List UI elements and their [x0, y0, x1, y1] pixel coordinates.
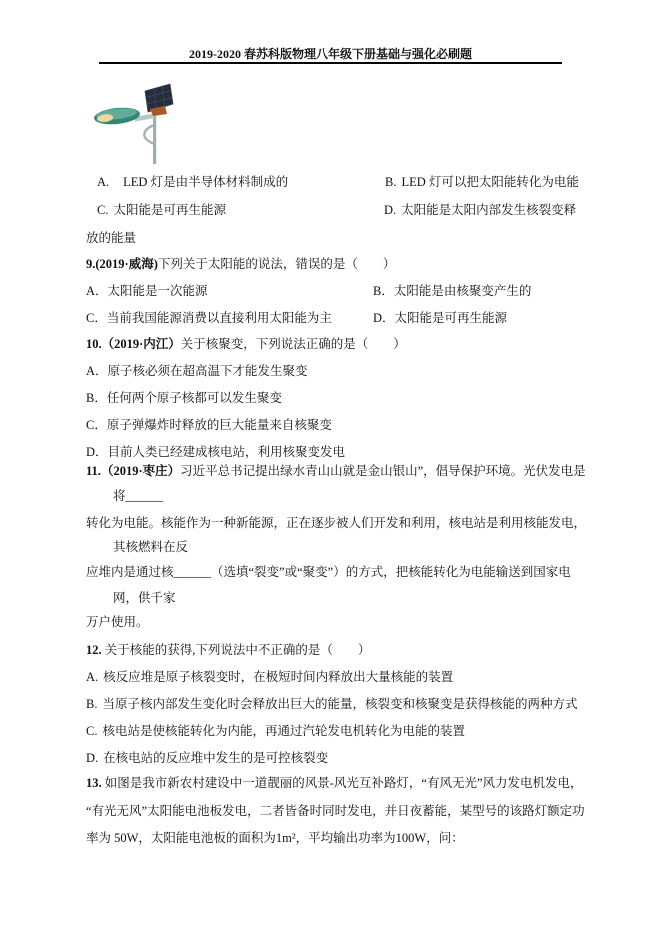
- solar-street-lamp-image: [90, 78, 182, 173]
- q12-stem: 12. 关于核能的获得,下列说法中不正确的是（ ）: [86, 643, 370, 658]
- q8-option-c: C.太阳能是可再生能源: [97, 203, 226, 217]
- q8-options-row-1: A.LED 灯是由半导体材料制成的 B.LED 灯可以把太阳能转化为电能: [97, 175, 288, 190]
- q11-line-5-blank: 应堆内是通过核______（选填“裂变”或“聚变”）的方式，把核能转化为电能输送…: [86, 565, 571, 580]
- page-header-title: 2019-2020 春苏科版物理八年级下册基础与强化必刷题: [0, 45, 661, 62]
- q9-options-row-2: C．当前我国能源消费以直接利用太阳能为主 D．太阳能是可再生能源: [86, 311, 332, 326]
- q13-line-3: 率为 50W，太阳能电池板的面积为1m²，平均输出功率为100W，问：: [86, 831, 464, 846]
- header-rule: [99, 62, 562, 64]
- worksheet-page: 2019-2020 春苏科版物理八年级下册基础与强化必刷题: [0, 0, 661, 935]
- q10-option-d: D．目前人类已经建成核电站，利用核聚变发电: [86, 445, 345, 460]
- q10-number: 10.: [86, 337, 102, 351]
- q12-option-a: A.核反应堆是原子核裂变时，在极短时间内释放出大量核能的装置: [86, 670, 453, 685]
- q9-options-row-1: A．太阳能是一次能源 B．太阳能是由核聚变产生的: [86, 284, 208, 299]
- q10-stem: 10.（2019·内江）关于核聚变，下列说法正确的是（ ）: [86, 337, 406, 352]
- lamp-pole: [153, 112, 156, 164]
- q8-options-row-2: C.太阳能是可再生能源 D.太阳能是太阳内部发生核裂变释: [97, 203, 226, 218]
- q10-source: （2019·内江）: [102, 337, 181, 351]
- q9-option-d: D．太阳能是可再生能源: [373, 311, 507, 326]
- q13-number: 13.: [86, 776, 102, 790]
- q12-option-b: B.当原子核内部发生变化时会释放出巨大的能量，核裂变和核聚变是获得核能的两种方式: [86, 697, 577, 712]
- q10-option-a: A．原子核必须在超高温下才能发生聚变: [86, 364, 308, 379]
- q11-line-2-blank: 将______: [113, 489, 163, 504]
- q10-option-c: C．原子弹爆炸时释放的巨大能量来自核聚变: [86, 418, 332, 433]
- q11-line-4: 其核燃料在反: [113, 540, 188, 555]
- q13-line-1: 13. 如图是我市新农村建设中一道靓丽的风景-风光互补路灯，“有风无光”风力发电…: [86, 776, 583, 791]
- q10-option-b: B．任何两个原子核都可以发生聚变: [86, 391, 282, 406]
- q8-option-d-overflow: 放的能量: [86, 231, 136, 246]
- lamp-brace: [144, 125, 154, 144]
- q12-option-c: C.核电站是使核能转化为内能，再通过汽轮发电机转化为电能的装置: [86, 724, 465, 739]
- q8-option-a: A.LED 灯是由半导体材料制成的: [97, 175, 288, 189]
- q9-number: 9.: [86, 257, 95, 271]
- q11-number: 11.: [86, 464, 101, 478]
- q9-source: (2019·威海): [95, 257, 158, 271]
- q11-source: （2019·枣庄）: [101, 464, 180, 478]
- q9-stem: 9.(2019·威海)下列关于太阳能的说法，错误的是（ ）: [86, 257, 395, 272]
- q12-option-d: D.在核电站的反应堆中发生的是可控核裂变: [86, 751, 328, 766]
- q11-line-7: 万户使用。: [86, 615, 149, 630]
- q9-option-b: B．太阳能是由核聚变产生的: [373, 284, 531, 299]
- q13-line-2: “有光无风”太阳能电池板发电，二者皆备时同时发电，并日夜蓄能，某型号的该路灯额定…: [86, 804, 585, 819]
- q8-option-d: D.太阳能是太阳内部发生核裂变释: [384, 203, 576, 218]
- q12-number: 12.: [86, 643, 102, 657]
- q8-option-b: B.LED 灯可以把太阳能转化为电能: [385, 175, 579, 190]
- q9-option-a: A．太阳能是一次能源: [86, 284, 208, 298]
- q11-line-6: 网，供千家: [113, 591, 176, 606]
- q9-option-c: C．当前我国能源消费以直接利用太阳能为主: [86, 311, 332, 325]
- lamp-head: [93, 106, 140, 127]
- q11-line-1: 11.（2019·枣庄）习近平总书记提出绿水青山山就是金山银山”，倡导保护环境。…: [86, 464, 586, 479]
- solar-street-lamp-icon: [90, 78, 182, 173]
- q11-line-3: 转化为电能。核能作为一种新能源，正在逐步被人们开发和利用，核电站是利用核能发电，: [86, 516, 586, 531]
